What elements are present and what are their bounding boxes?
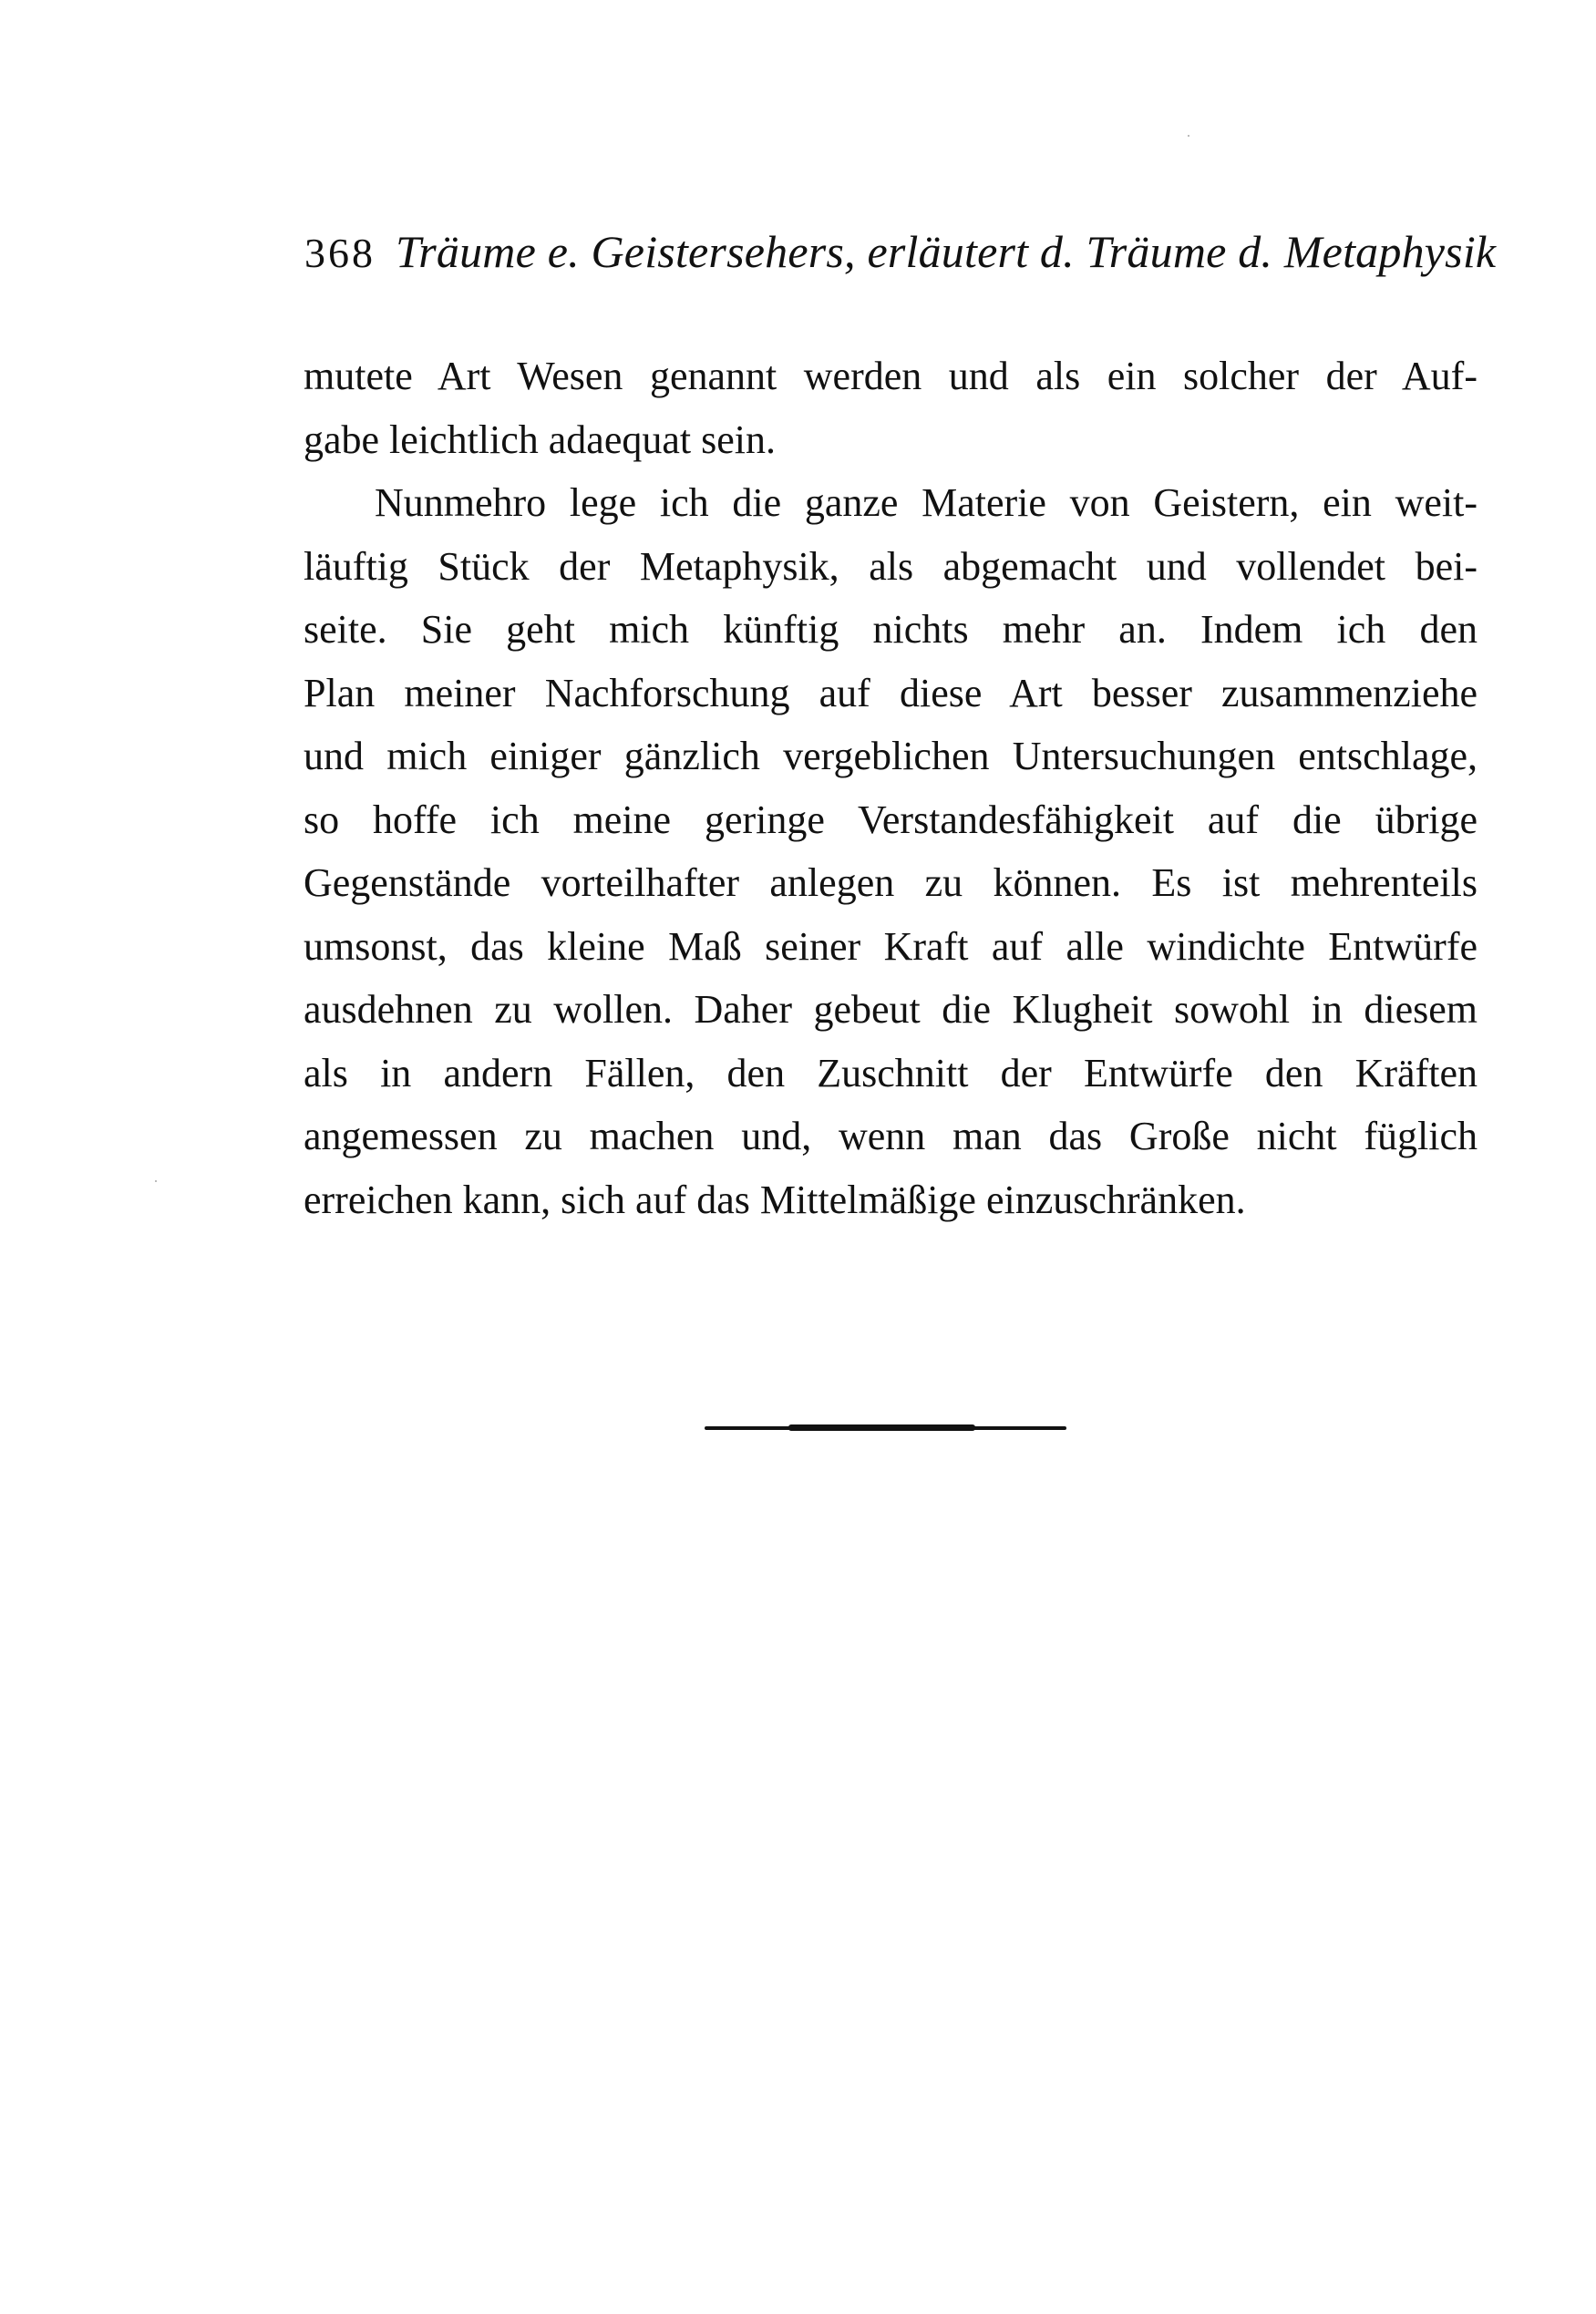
text-line: umsonst, das kleine Maß seiner Kraft auf… bbox=[304, 915, 1478, 979]
text-line: gabe leichtlich adaequat sein. bbox=[304, 408, 1478, 472]
text-line: läuftig Stück der Metaphysik, als abgema… bbox=[304, 535, 1478, 599]
text-line: erreichen kann, sich auf das Mittelmäßig… bbox=[304, 1168, 1478, 1232]
text-line: Plan meiner Nachforschung auf diese Art … bbox=[304, 662, 1478, 725]
text-line: seite. Sie geht mich künftig nichts mehr… bbox=[304, 598, 1478, 662]
section-end-rule-thick bbox=[788, 1424, 975, 1431]
scan-speck bbox=[155, 1180, 157, 1182]
paragraph: Nunmehro lege ich die ganze Materie von … bbox=[304, 471, 1478, 1231]
body-text: mutete Art Wesen genannt werden und als … bbox=[304, 345, 1478, 1231]
text-line: angemessen zu machen und, wenn man das G… bbox=[304, 1105, 1478, 1168]
text-line: so hoffe ich meine geringe Verstandesfäh… bbox=[304, 788, 1478, 852]
text-line: Nunmehro lege ich die ganze Materie von … bbox=[304, 471, 1478, 535]
scan-speck bbox=[1188, 135, 1189, 137]
text-line: als in andern Fällen, den Zuschnitt der … bbox=[304, 1042, 1478, 1106]
running-header: 368 Träume e. Geistersehers, erläutert d… bbox=[304, 215, 1480, 288]
paragraph-continued: mutete Art Wesen genannt werden und als … bbox=[304, 345, 1478, 471]
text-line: und mich einiger gänzlich vergeblichen U… bbox=[304, 725, 1478, 788]
text-line: mutete Art Wesen genannt werden und als … bbox=[304, 345, 1478, 408]
book-page: 368 Träume e. Geistersehers, erläutert d… bbox=[0, 0, 1596, 2314]
running-title: Träume e. Geistersehers, erläutert d. Tr… bbox=[396, 215, 1496, 288]
text-line: ausdehnen zu wollen. Daher gebeut die Kl… bbox=[304, 978, 1478, 1042]
page-number: 368 bbox=[304, 217, 376, 290]
text-line: Gegenstände vorteilhafter anlegen zu kön… bbox=[304, 851, 1478, 915]
